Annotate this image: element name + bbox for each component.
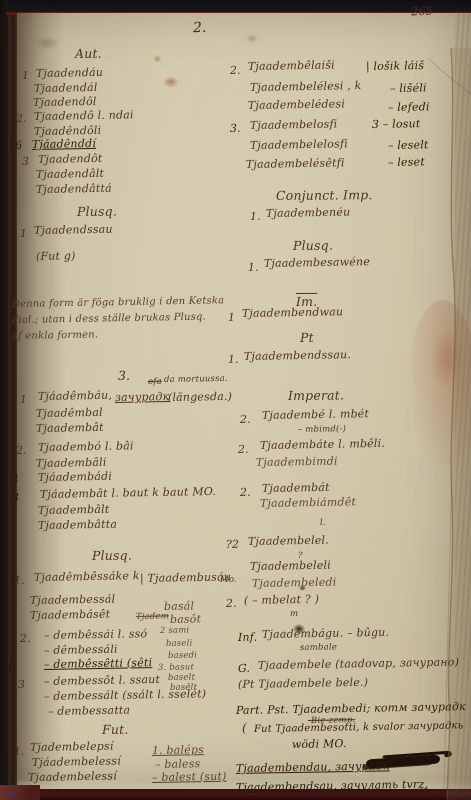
manuscript-text-line-right: Tjaadembele (taadovap, зачурано) (258, 655, 459, 672)
manuscript-text-line-right: Conjunct. Imp. (276, 187, 373, 203)
manuscript-text-line-right: Tjaadembendau, зачурадк (236, 759, 390, 775)
manuscript-text-line-left: – baless (155, 757, 201, 771)
manuscript-text-line-right: 2. (230, 64, 241, 77)
manuscript-text-line-left: Tjaadêmbal (36, 406, 103, 420)
manuscript-text-line-right: 3 – losut (372, 117, 421, 131)
manuscript-text-line-left: – dembêssái l. ssó (44, 627, 148, 642)
manuscript-text-line-left: | Tjaadembusáu (140, 570, 231, 585)
manuscript-text-line-left: зачурадк (115, 390, 170, 404)
manuscript-text-line-left: 16 (8, 139, 23, 152)
manuscript-text-line-left: Tjaadendâlt (36, 167, 104, 181)
manuscript-text-line-left: Tjaadendôt (38, 152, 103, 166)
manuscript-text-line-right: (Pt Tjaadembele bele.) (238, 676, 369, 691)
manuscript-text-line-left: – dembessatta (48, 704, 131, 718)
manuscript-text-line-right: 2. (238, 443, 249, 456)
manuscript-text-line-left: Tjaadembessál (30, 593, 116, 607)
manuscript-text-line-right: Tjaadembesawéne (264, 255, 370, 270)
manuscript-text-line-right: 1 (228, 311, 235, 324)
manuscript-text-line-left: Tjaadembâlt (38, 503, 110, 517)
manuscript-text-line-right: – leset (388, 155, 425, 169)
manuscript-text-line-right: Tjaadembendwau (242, 305, 344, 320)
manuscript-text-line-left: Tjaadendôl (33, 95, 97, 109)
manuscript-text-line-right: Tjaadembeledi (252, 576, 337, 590)
manuscript-text-line-left: – dembessôt l. ssaut (44, 673, 160, 688)
manuscript-text-line-left: 2 sami (160, 625, 190, 636)
manuscript-text-line-left: 1 (22, 69, 29, 82)
manuscript-text-line-left: 3 (18, 678, 25, 691)
manuscript-text-line-left: 1 (20, 393, 27, 406)
manuscript-text-line-left: Plusq. (77, 204, 117, 219)
manuscript-text-line-right: l. (320, 518, 326, 528)
folio-number: 265 (411, 4, 433, 19)
manuscript-text-line-left: basedi (168, 650, 197, 661)
manuscript-text-line-left: – balest (sut) (152, 770, 227, 784)
page-number: 2. (193, 20, 207, 36)
manuscript-text-line-right: Tjaadembêlaiši (248, 58, 335, 73)
manuscript-text-line-left: Aut. (75, 46, 102, 61)
manuscript-text-line-left: Tjaadembelessí (28, 769, 117, 784)
manuscript-text-line-left: 2. (16, 444, 27, 457)
manuscript-text-line-right: 1. (250, 210, 261, 223)
manuscript-text-line-left: Tjaadembâli (36, 456, 107, 470)
manuscript-text-line-right: 2. (240, 413, 251, 426)
manuscript-text-line-left: Denna form är föga bruklig i den Ketska (12, 295, 225, 310)
manuscript-text-line-right: Tjaadembát (262, 481, 330, 495)
manuscript-text-line-left: Fut. (102, 722, 129, 737)
manuscript-text-line-left: 1. (14, 574, 25, 587)
manuscript-text-line-left: Plusq. (92, 548, 132, 563)
manuscript-text-line-right: 1. (228, 353, 239, 366)
manuscript-text-line-left: da mortuussa. (164, 374, 228, 385)
manuscript-text-line-left: Tjaadendô l. ndai (34, 108, 134, 123)
manuscript-text-line-left: 4 (12, 473, 19, 486)
manuscript-text-line-right: Tjaadembendssau. (244, 348, 351, 363)
manuscript-text-line-left: 1. (14, 745, 25, 758)
manuscript-text-line-right: Tjaadembé l. mbét (262, 407, 369, 422)
manuscript-text-line-left: 3 (12, 491, 19, 504)
manuscript-text-line-right: 3. (230, 122, 241, 135)
manuscript-text-line-right: Inf. (238, 631, 258, 644)
manuscript-text-line-right: Tjaadembeleli (250, 559, 331, 573)
manuscript-text-line-right: ( (242, 720, 247, 735)
manuscript-text-line-right: Tjaadembáte l. mbêli. (260, 437, 385, 452)
manuscript-text-line-right: wödi MO. (292, 737, 347, 751)
manuscript-text-line-left: Tjaadêndôli (34, 124, 102, 138)
manuscript-text-line-right: Pt (300, 330, 314, 345)
manuscript-text-line-left: Tjaadendáu (36, 66, 103, 80)
manuscript-text-line-left: Tjadembelepsí (30, 740, 114, 754)
manuscript-text-line-right: Tjaadembenéu (266, 206, 351, 220)
manuscript-text-line-left: Tjadem (136, 611, 169, 622)
manuscript-text-line-right: Tjaadembendsau, зачулать tvrz, (236, 778, 428, 794)
manuscript-text-line-right: m (290, 609, 298, 619)
manuscript-text-line-left: 3. (118, 368, 130, 383)
manuscript-text-line-left: Tjaadembó l. bâi (38, 439, 134, 454)
manuscript-photo: 2. 265 Aut.1TjaadendáuTjaadendálTjaadend… (0, 0, 471, 800)
manuscript-text-line-left: 3. basut (158, 662, 194, 673)
manuscript-text-line-left: – dêmbessáli (44, 643, 118, 657)
manuscript-text-line-right: G. (238, 662, 251, 675)
manuscript-text-line-left: Tjáadembât l. baut k baut MO. (40, 485, 216, 501)
manuscript-text-line-right: Tjaadembágu. – bûgu. (262, 626, 390, 641)
manuscript-text-line-left: Tjaadembásêt (30, 608, 111, 622)
manuscript-text-line-left: Tjaadendál (34, 81, 98, 95)
manuscript-text-line-left: Tjáadênddí (32, 137, 96, 151)
manuscript-text-line-right: – leselt (388, 138, 429, 152)
manuscript-text-line-right: Tjaadembelélesi , k (250, 79, 362, 94)
manuscript-text-line-left: (Fut g) (36, 249, 76, 263)
manuscript-text-line-right: Tjaadembelelosfi (250, 137, 348, 152)
manuscript-text-line-left: Tjáadêmbáu, (38, 389, 112, 403)
manuscript-text-line-right: – mbimd(-) (298, 424, 346, 435)
manuscript-text-line-left: Tjaadembât (36, 421, 104, 435)
manuscript-text-line-left: af enkla formen. (12, 329, 99, 342)
manuscript-text-line-right: 1. (248, 261, 259, 274)
manuscript-text-line-left: Mo. (220, 575, 237, 585)
manuscript-text-line-right: | lošik láiš (366, 59, 425, 73)
manuscript-text-line-left: 3 (22, 155, 29, 168)
manuscript-text-line-left: basôt (170, 612, 202, 626)
manuscript-text-line-left: Tjáadembádi (38, 470, 112, 484)
manuscript-text-line-right: ( – mbelat ? ) (244, 593, 319, 607)
manuscript-text-line-right: – lefedi (388, 100, 430, 114)
manuscript-text-line-left: – dembêssêtti (sêti (44, 656, 153, 671)
manuscript-text-line-right: Imperat. (288, 388, 344, 403)
manuscript-text-line-left: Tjaadendâttá (36, 182, 112, 196)
text-layer: 2. 265 Aut.1TjaadendáuTjaadendálTjaadend… (0, 0, 471, 800)
manuscript-text-line-left: 2. (20, 632, 31, 645)
manuscript-text-line-right: Tjaadembelosfi (250, 117, 338, 132)
manuscript-text-line-left: dial.; utan i dess ställe brukas Plusq. (12, 312, 206, 326)
manuscript-text-line-left: baselt (168, 673, 195, 683)
manuscript-text-line-left: (längesda.) (168, 390, 232, 404)
manuscript-text-line-left: baseli (166, 639, 193, 649)
manuscript-text-line-left: Tjaadendssau (34, 223, 113, 237)
manuscript-text-line-left: Tjaadembâtta (38, 518, 117, 532)
manuscript-text-line-right: Tjaadembelédesi (248, 97, 345, 112)
manuscript-text-line-right: Tjaadembelésêtfi (246, 156, 345, 171)
manuscript-text-line-left: 4 (6, 660, 13, 673)
manuscript-text-line-right: Tjaadembiámdêt (260, 495, 356, 510)
manuscript-text-line-left: Tjáadembelessí (32, 754, 121, 769)
manuscript-text-line-right: sambale (300, 642, 337, 653)
manuscript-text-line-right: 2. (226, 597, 237, 610)
manuscript-text-line-right: – lišéli (390, 81, 427, 95)
manuscript-text-line-left: 1 (20, 227, 27, 240)
manuscript-text-line-right: ?2 (226, 538, 240, 551)
manuscript-text-line-right: Fut Tjaadembesotti, k svalor зачурадкь (254, 720, 464, 735)
manuscript-text-line-right: Plusq. (293, 238, 333, 253)
manuscript-text-line-left: 1. baléps (152, 743, 204, 757)
manuscript-text-line-right: 2. (240, 486, 251, 499)
manuscript-text-line-right: Tjaadembimdi (256, 455, 338, 469)
manuscript-text-line-left: ofa (148, 377, 162, 387)
manuscript-text-line-left: 2. (16, 112, 27, 125)
manuscript-text-line-left: – dembessált (ssált l. sselét) (44, 687, 207, 703)
manuscript-text-line-right: Tjaadembelel. (248, 534, 329, 548)
manuscript-text-line-left: Tjaadêmbêssáke k (34, 569, 140, 584)
